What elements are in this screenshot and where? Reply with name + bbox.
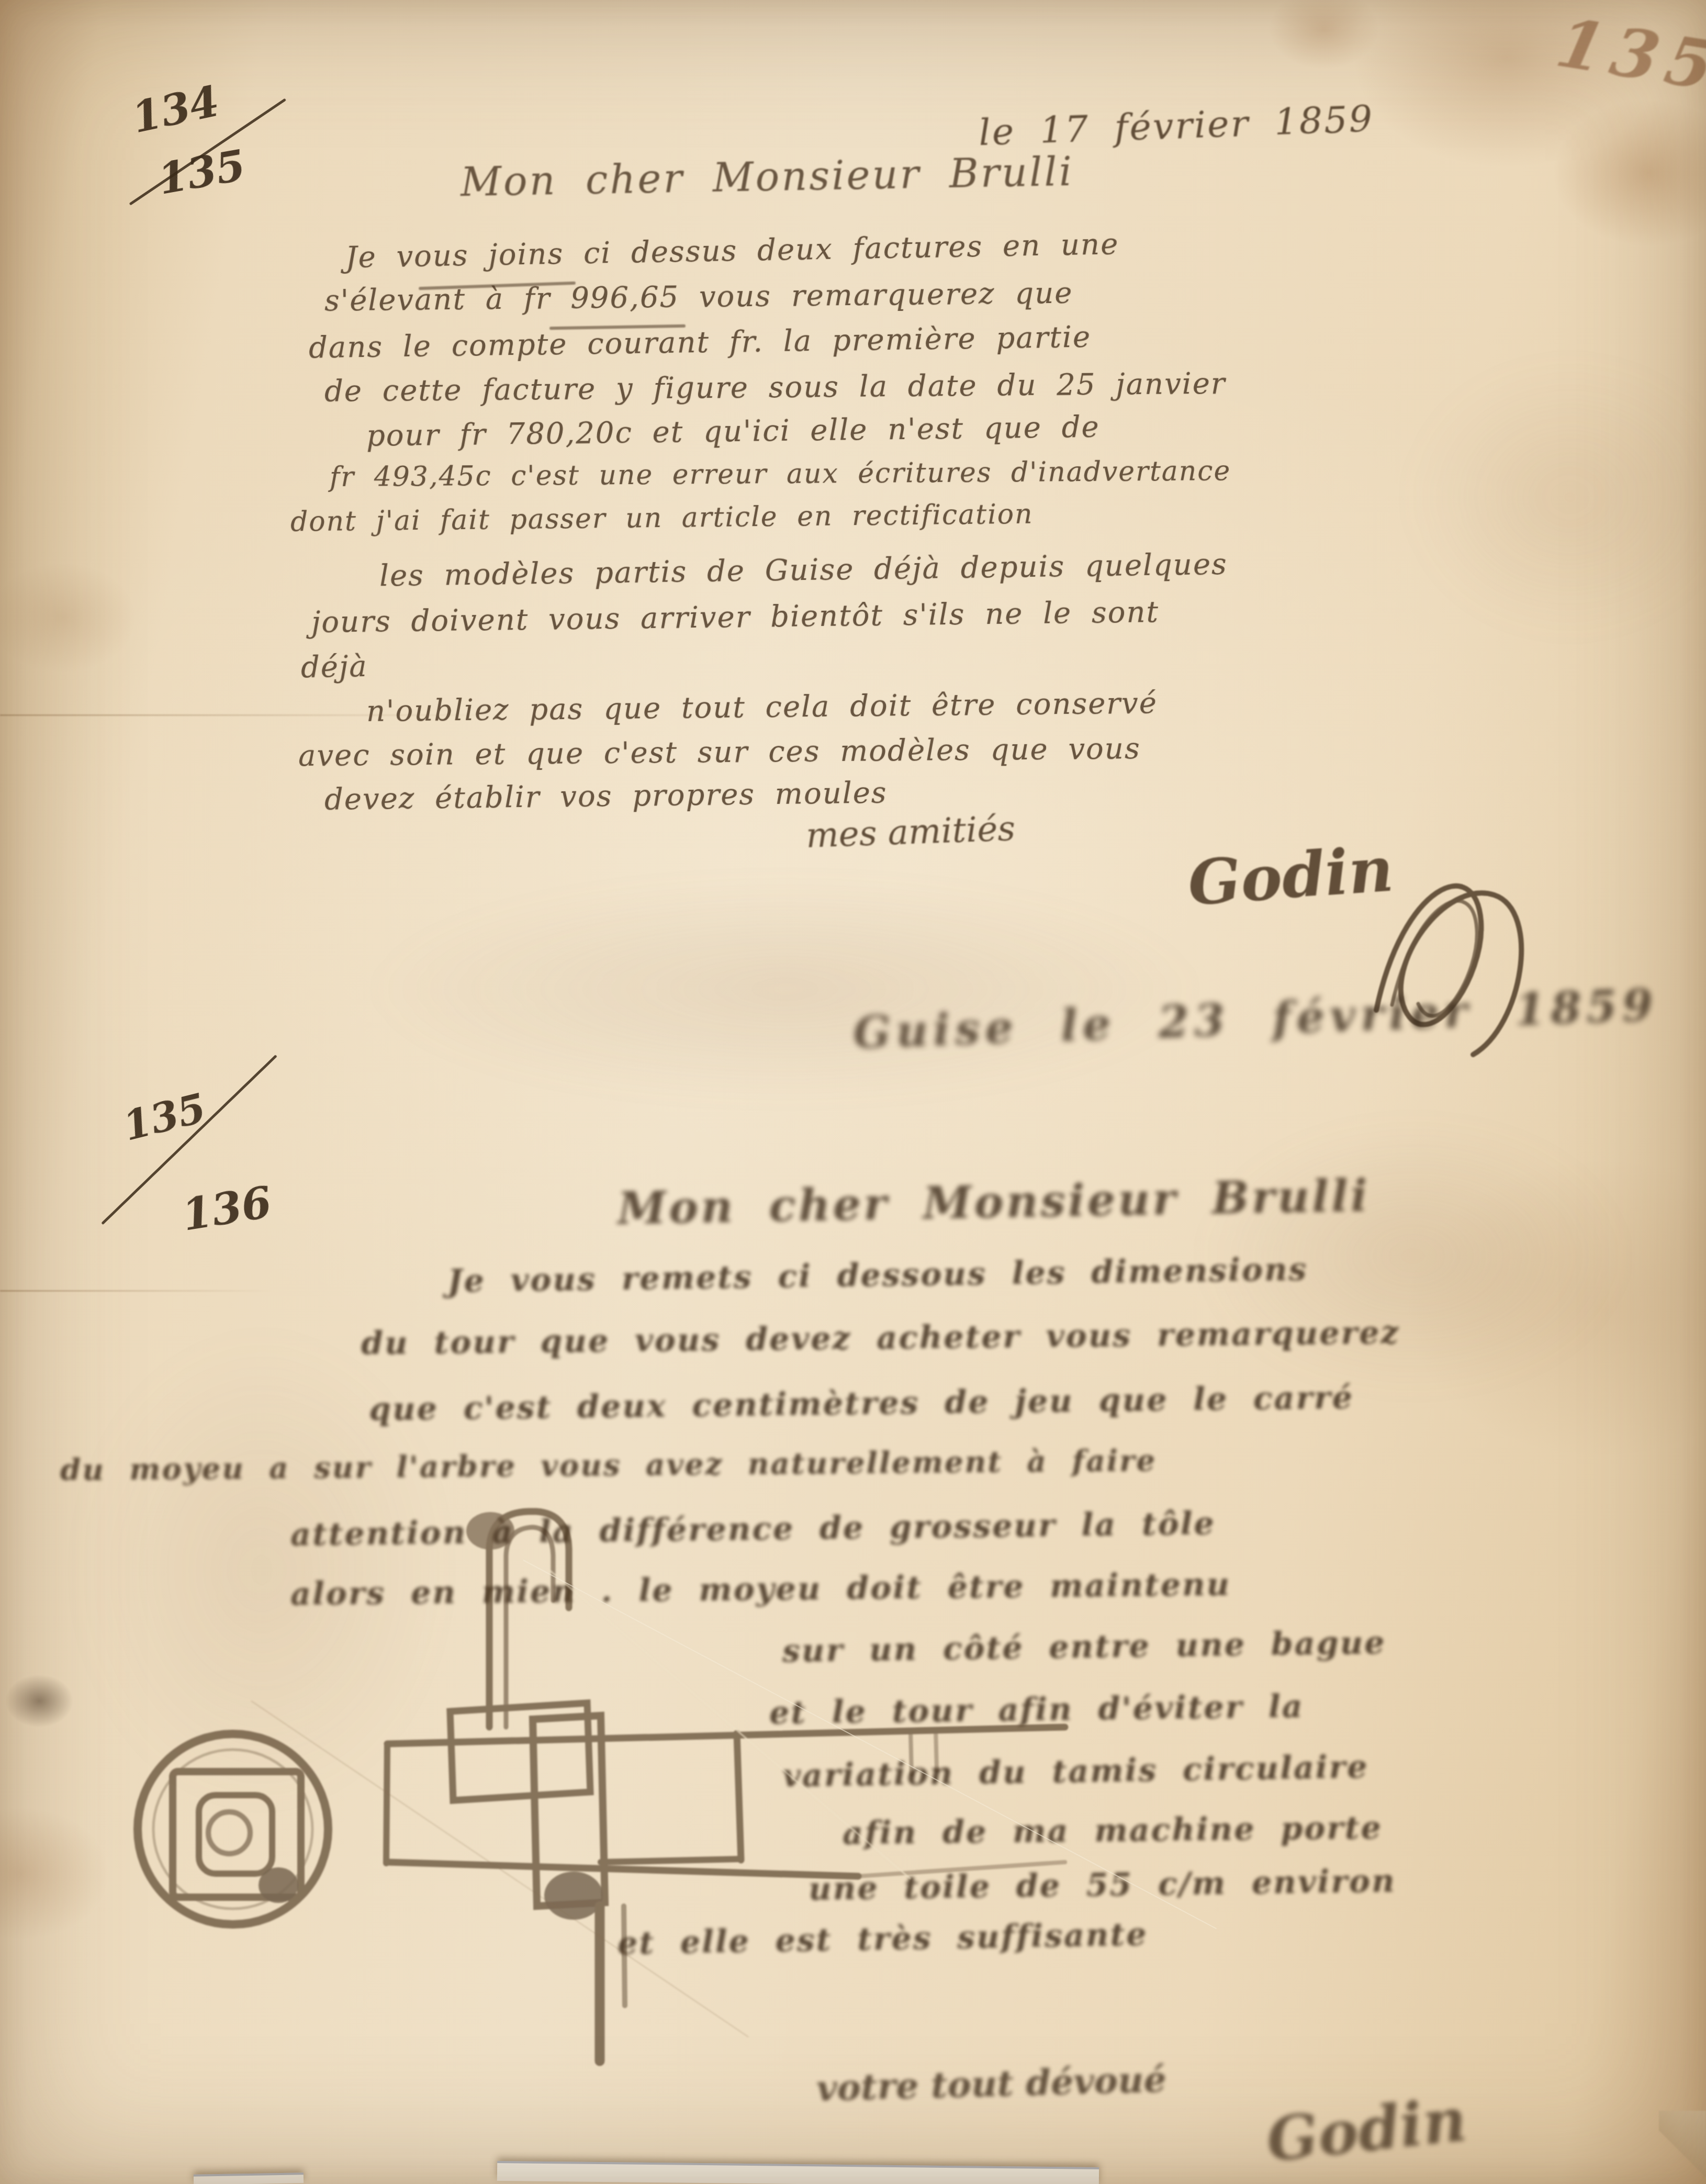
letter1-line: dans le compte courant fr. la première p… xyxy=(309,323,1092,363)
letter1-salutation: Mon cher Monsieur Brulli xyxy=(460,152,1074,202)
letter1-line: fr 493,45c c'est une erreur aux écriture… xyxy=(330,457,1231,491)
letter1-line: de cette facture y figure sous la date d… xyxy=(324,369,1226,406)
letter1-line: s'élevant à fr 996,65 vous remarquerez q… xyxy=(324,279,1073,316)
letter1-line: avec soin et que c'est sur ces modèles q… xyxy=(298,734,1141,771)
next-page-edge xyxy=(194,2172,304,2184)
letter1-line: Je vous joins ci dessus deux factures en… xyxy=(345,230,1119,273)
folio-number-old: 134 xyxy=(128,76,223,143)
folio-number-old: 135 xyxy=(119,1084,210,1150)
paper-crease xyxy=(0,1290,272,1292)
letter1-dateline: le 17 février 1859 xyxy=(978,100,1374,151)
shaft-left-cap xyxy=(386,1744,387,1863)
letter2-line: que c'est deux centimètres de jeu que le… xyxy=(369,1382,1354,1426)
letter1-line: les modèles partis de Guise déjà depuis … xyxy=(379,550,1228,591)
letter1-closing: mes amitiés xyxy=(805,811,1016,853)
letter1-line: déjà xyxy=(301,652,368,682)
bleed-through-smudge xyxy=(366,879,1204,1099)
letter1-line: dont j'ai fait passer un article en rect… xyxy=(290,501,1034,536)
ring-right-edge xyxy=(737,1733,741,1860)
letter2-signature: Godin xyxy=(1264,2089,1469,2170)
letter1-line: devez établir vos propres moules xyxy=(324,778,888,814)
circular-seal xyxy=(138,1734,328,1924)
letter1-line: jours doivent vous arriver bientôt s'ils… xyxy=(311,598,1160,637)
archive-page-number-stamp: 135 xyxy=(1542,5,1706,105)
folio-number-new: 135 xyxy=(154,140,249,204)
ink-blob xyxy=(544,1872,603,1920)
letter2-line: du moyeu a sur l'arbre vous avez naturel… xyxy=(60,1446,1157,1485)
bleed-through-smudge xyxy=(1413,366,1706,628)
letter1-line: pour fr 780,20c et qu'ici elle n'est que… xyxy=(366,412,1100,451)
letter-page: 135 134 135 135 136 le 17 février 1859 M… xyxy=(0,0,1706,2184)
letter2-salutation: Mon cher Monsieur Brulli xyxy=(617,1173,1370,1230)
letter1-line: n'oubliez pas que tout cela doit être co… xyxy=(366,689,1158,726)
letter2-line: du tour que vous devez acheter vous rema… xyxy=(361,1317,1400,1360)
ring-bottom-edge xyxy=(601,1859,741,1862)
folio-number-new: 136 xyxy=(179,1177,275,1241)
letter2-line: Je vous remets ci dessous les dimensions xyxy=(447,1254,1308,1297)
next-page-edge xyxy=(497,2161,1099,2184)
bent-rod xyxy=(466,1511,569,1727)
page-corner-fold xyxy=(1659,2111,1706,2184)
axle-hub-sketch xyxy=(94,1481,1115,2109)
paper-crease xyxy=(0,714,497,716)
